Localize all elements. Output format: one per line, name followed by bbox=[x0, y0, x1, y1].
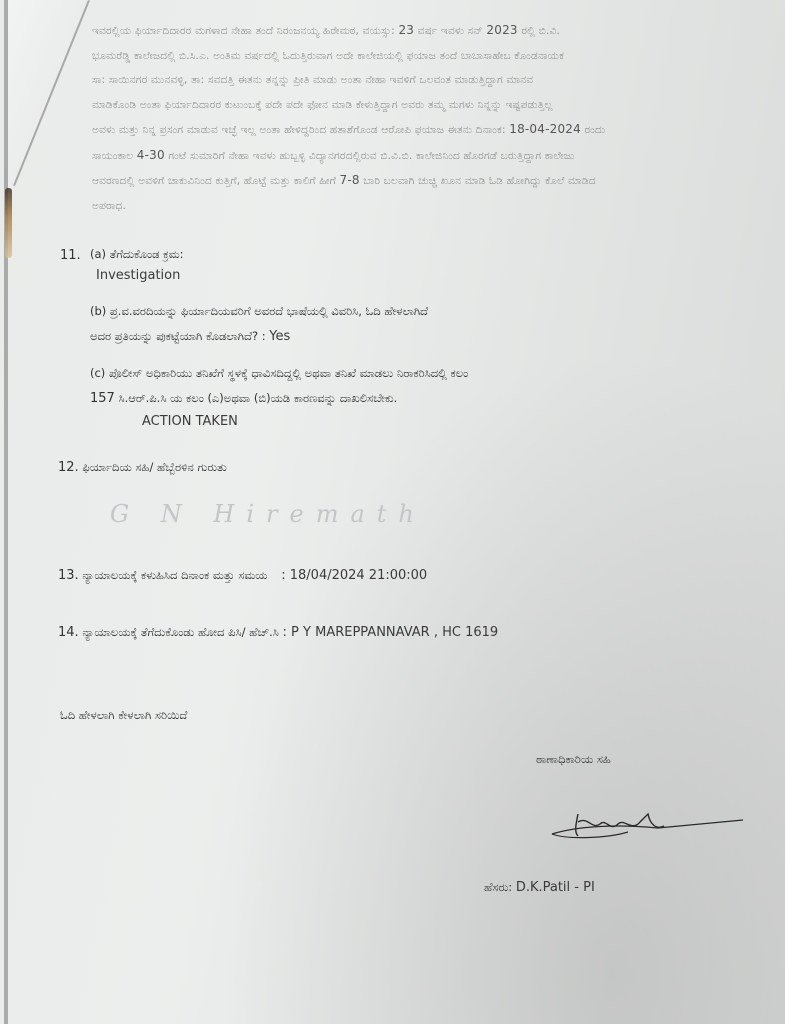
paper-stain bbox=[5, 188, 12, 258]
item-11a-label: (a) ತೆಗೆದುಕೊಂಡ ಕ್ರಮ: bbox=[90, 247, 184, 262]
intro-text: ಗಂಟೆ ಸುಮಾರಿಗೆ ನೇಹಾ ಇವಳು ಹುಬ್ಬಳ್ಳಿ ವಿದ್ಯಾ… bbox=[168, 150, 574, 162]
incident-date: 18-04-2024 bbox=[509, 122, 581, 136]
item-11c-label-line1: (c) ಪೊಲೀಸ್ ಅಧಿಕಾರಿಯು ತನಿಖೆಗೆ ಸ್ಥಳಕ್ಕೆ ಧಾ… bbox=[90, 366, 468, 381]
item-13-label: ನ್ಯಾಯಾಲಯಕ್ಕೆ ಕಳುಹಿಸಿದ ದಿನಾಂಕ ಮತ್ತು ಸಮಯ bbox=[82, 568, 267, 582]
year-value: 2023 bbox=[486, 23, 517, 37]
court-sent-datetime: : 18/04/2024 21:00:00 bbox=[281, 568, 427, 583]
intro-text: ರಂದು bbox=[585, 124, 606, 136]
item-14-number: 14. bbox=[58, 625, 79, 640]
intro-text: ಅವಳು ಮತ್ತು ನಿನ್ನ ಪ್ರಸಂಗ ಮಾಡುವ ಇಚ್ಛೆ ಇಲ್ಲ… bbox=[92, 124, 506, 136]
item-12-text: ಫಿರ್ಯಾದಿಯ ಸಹಿ/ ಹೆಬ್ಬೆರಳಿನ ಗುರುತು bbox=[82, 460, 226, 474]
officer-name: D.K.Patil - PI bbox=[516, 880, 595, 895]
intro-line-1: ಇವರಲ್ಲಿಯ ಫಿರ್ಯಾದಿದಾರರ ಮಗಳಾದ ನೇಹಾ ತಂದೆ ನಿ… bbox=[92, 18, 782, 44]
constable-name: : P Y MAREPPANNAVAR , HC 1619 bbox=[283, 625, 499, 640]
item-11b-label-line1: (b) ಪ್ರ.ವ.ವರದಿಯನ್ನು ಫಿರ್ಯಾದಿಯವರಿಗೆ ಅವರದೆ… bbox=[90, 304, 428, 319]
item-13-number: 13. bbox=[58, 568, 79, 583]
intro-text: ವರ್ಷ ಇವಳು ಸನ್ bbox=[418, 25, 483, 37]
intro-text: ಆವರಣದಲ್ಲಿ ಅವಳಿಗೆ ಚಾಕುವಿನಿಂದ ಕುತ್ತಿಗೆ, ಹೊ… bbox=[92, 175, 336, 187]
item-12-label: 12. ಫಿರ್ಯಾದಿಯ ಸಹಿ/ ಹೆಬ್ಬೆರಳಿನ ಗುರುತು bbox=[58, 460, 227, 475]
officer-name-row: ಹೆಸರು: D.K.Patil - PI bbox=[484, 880, 595, 895]
intro-text: ಬಾರಿ ಬಲವಾಗಿ ಚುಚ್ಚಿ ಖೂನ ಮಾಡಿ ಓಡಿ ಹೋಗಿದ್ದು… bbox=[363, 175, 595, 187]
item-11b-label-line2: ಅದರ ಪ್ರತಿಯನ್ನು ಪುಕಟ್ಟೆಯಾಗಿ ಕೊಡಲಾಗಿದೆ? : … bbox=[90, 329, 290, 344]
intro-line-8: ಅಪರಾಧ. bbox=[92, 194, 782, 219]
item-11-number: 11. bbox=[60, 248, 81, 263]
intro-text: ರಲ್ಲಿ ಬಿ.ವಿ. bbox=[521, 25, 560, 37]
read-confirmation-note: ಓದಿ ಹೇಳಲಾಗಿ ಕೇಳಲಾಗಿ ಸರಿಯಿದೆ bbox=[60, 708, 187, 723]
item-13-row: 13. ನ್ಯಾಯಾಲಯಕ್ಕೆ ಕಳುಹಿಸಿದ ದಿನಾಂಕ ಮತ್ತು ಸ… bbox=[58, 568, 427, 583]
intro-text: ಸಾಯಂಕಾಲ bbox=[92, 150, 133, 162]
officer-sign-label: ಠಾಣಾಧಿಕಾರಿಯ ಸಹಿ bbox=[536, 752, 611, 767]
intro-line-3: ಸಾ: ಸಾಯಿನಗರ ಮುನವಳ್ಳಿ, ತಾ: ಸವದತ್ತಿ ಈತನು ತ… bbox=[92, 68, 782, 93]
item-12-number: 12. bbox=[58, 460, 79, 475]
item-11c-text: ಸಿ.ಆರ್.ಪಿ.ಸಿ ಯ ಕಲಂ (ಎ)ಅಥವಾ (ಬಿ)ಯಡಿ ಕಾರಣವ… bbox=[118, 391, 397, 405]
complainant-signature: G N Hiremath bbox=[110, 500, 426, 528]
document-page: ಇವರಲ್ಲಿಯ ಫಿರ್ಯಾದಿದಾರರ ಮಗಳಾದ ನೇಹಾ ತಂದೆ ನಿ… bbox=[0, 0, 785, 1024]
item-11a-value: Investigation bbox=[96, 268, 180, 283]
intro-line-7: ಆವರಣದಲ್ಲಿ ಅವಳಿಗೆ ಚಾಕುವಿನಿಂದ ಕುತ್ತಿಗೆ, ಹೊ… bbox=[92, 168, 782, 194]
item-11b-question: ಅದರ ಪ್ರತಿಯನ್ನು ಪುಕಟ್ಟೆಯಾಗಿ ಕೊಡಲಾಗಿದೆ? : bbox=[90, 329, 266, 343]
intro-line-5: ಅವಳು ಮತ್ತು ನಿನ್ನ ಪ್ರಸಂಗ ಮಾಡುವ ಇಚ್ಛೆ ಇಲ್ಲ… bbox=[92, 117, 782, 143]
item-11c-label-line2: 157 ಸಿ.ಆರ್.ಪಿ.ಸಿ ಯ ಕಲಂ (ಎ)ಅಥವಾ (ಬಿ)ಯಡಿ ಕ… bbox=[90, 391, 397, 406]
intro-text: ಇವರಲ್ಲಿಯ ಫಿರ್ಯಾದಿದಾರರ ಮಗಳಾದ ನೇಹಾ ತಂದೆ ನಿ… bbox=[92, 25, 395, 37]
page-left-border bbox=[4, 0, 8, 1024]
item-11b-value: Yes bbox=[269, 329, 290, 344]
incident-time: 4-30 bbox=[137, 148, 165, 162]
intro-line-6: ಸಾಯಂಕಾಲ 4-30 ಗಂಟೆ ಸುಮಾರಿಗೆ ನೇಹಾ ಇವಳು ಹುಬ… bbox=[92, 143, 782, 169]
officer-signature bbox=[548, 802, 748, 852]
age-value: 23 bbox=[398, 23, 414, 37]
intro-line-4: ಮಾಡಿಕೊಂಡಿ ಅಂತಾ ಫಿರ್ಯಾದಿದಾರರ ಕುಟುಂಬಕ್ಕೆ ಪ… bbox=[92, 93, 782, 118]
item-11c-value: ACTION TAKEN bbox=[142, 414, 238, 429]
officer-name-label: ಹೆಸರು: bbox=[484, 880, 512, 894]
item-14-row: 14. ನ್ಯಾಯಾಲಯಕ್ಕೆ ತೆಗೆದುಕೊಂಡು ಹೋದ ಪಿಸಿ/ ಹ… bbox=[58, 625, 498, 640]
section-number: 157 bbox=[90, 391, 115, 406]
intro-paragraph: ಇವರಲ್ಲಿಯ ಫಿರ್ಯಾದಿದಾರರ ಮಗಳಾದ ನೇಹಾ ತಂದೆ ನಿ… bbox=[92, 18, 782, 218]
stab-count: 7-8 bbox=[340, 173, 360, 187]
intro-line-2: ಭೂಮರೆಡ್ಡಿ ಕಾಲೇಜದಲ್ಲಿ ಬಿ.ಸಿ.ಎ. ಅಂತಿಮ ವರ್ಷ… bbox=[92, 44, 782, 69]
item-14-label: ನ್ಯಾಯಾಲಯಕ್ಕೆ ತೆಗೆದುಕೊಂಡು ಹೋದ ಪಿಸಿ/ ಹೆಚ್.… bbox=[82, 625, 279, 639]
